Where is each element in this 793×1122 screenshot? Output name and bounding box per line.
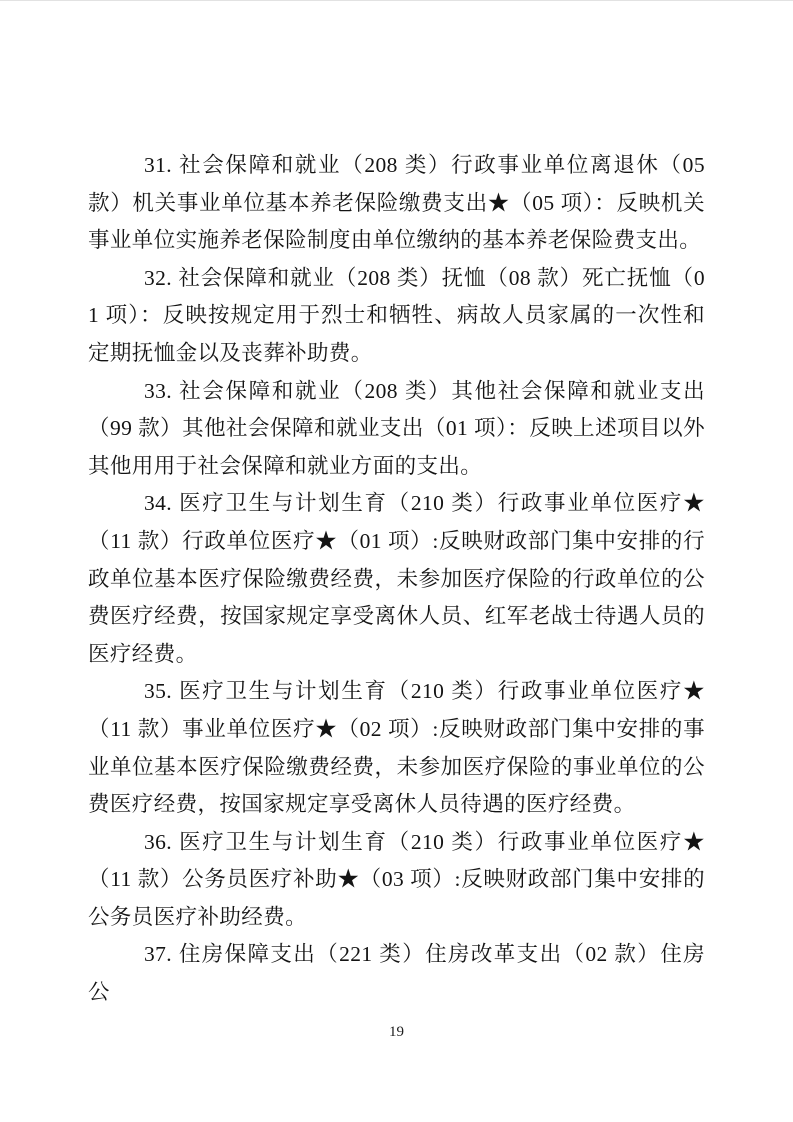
paragraph-item-37: 37. 住房保障支出（221 类）住房改革支出（02 款）住房公 [88,936,705,1011]
paragraph-item-34: 34. 医疗卫生与计划生育（210 类）行政事业单位医疗★（11 款）行政单位医… [88,485,705,673]
paragraph-item-36: 36. 医疗卫生与计划生育（210 类）行政事业单位医疗★（11 款）公务员医疗… [88,824,705,937]
paragraph-item-31: 31. 社会保障和就业（208 类）行政事业单位离退休（05 款）机关事业单位基… [88,147,705,260]
document-body: 31. 社会保障和就业（208 类）行政事业单位离退休（05 款）机关事业单位基… [88,147,705,1012]
document-page: 31. 社会保障和就业（208 类）行政事业单位离退休（05 款）机关事业单位基… [0,0,793,1122]
paragraph-item-35: 35. 医疗卫生与计划生育（210 类）行政事业单位医疗★（11 款）事业单位医… [88,673,705,823]
page-number: 19 [389,1024,404,1040]
paragraph-item-33: 33. 社会保障和就业（208 类）其他社会保障和就业支出（99 款）其他社会保… [88,373,705,486]
paragraph-item-32: 32. 社会保障和就业（208 类）抚恤（08 款）死亡抚恤（01 项）：反映按… [88,260,705,373]
page-footer: 19 [0,1023,793,1041]
